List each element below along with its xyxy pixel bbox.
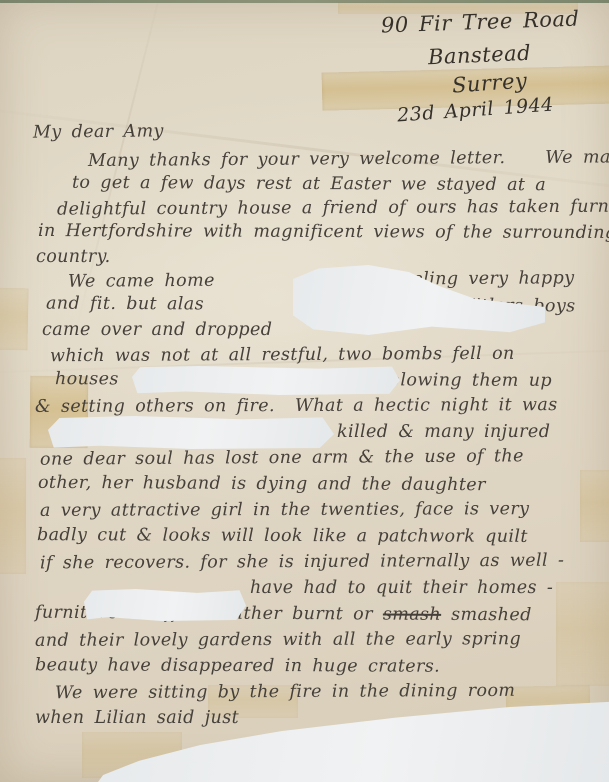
handwriting-text: houses — [55, 369, 119, 389]
letter-line: and their lovely gardens with all the ea… — [35, 629, 521, 651]
handwriting-text: beauty have disappeared in huge craters. — [35, 655, 440, 676]
handwriting-text: killed & many injured — [337, 422, 550, 442]
letter-line: badly cut & looks will look like a patch… — [37, 525, 528, 547]
handwriting-text: came over and dropped — [42, 320, 272, 340]
handwriting-text: in Hertfordshire with magnificent views … — [38, 221, 609, 243]
scanned-letter-page: 90 Fir Tree Road Banstead Surrey 23d Apr… — [0, 0, 609, 782]
handwriting-text: have had to quit their homes - — [250, 578, 553, 598]
handwriting-text: We were sitting by the fire in the dinin… — [55, 681, 516, 703]
letter-line: in Hertfordshire with magnificent views … — [38, 221, 609, 243]
handwriting-text: Many thanks for your very welcome letter… — [88, 147, 609, 171]
letter-line: came over and dropped — [42, 320, 272, 340]
handwriting-text: smashed — [441, 605, 532, 625]
censor-patch — [132, 366, 400, 395]
handwriting-text: one dear soul has lost one arm & the use… — [40, 446, 524, 469]
handwriting-text: We came home — [68, 271, 215, 292]
letter-line: & setting others on fire. What a hectic … — [35, 395, 558, 417]
handwriting-text: a very attractive girl in the twenties, … — [40, 499, 529, 521]
handwriting-text: if she recovers. for she is injured inte… — [40, 551, 564, 574]
letter-line: We were sitting by the fire in the dinin… — [55, 681, 516, 703]
handwriting-text: other, her husband is dying and the daug… — [38, 473, 486, 495]
handwriting-text: delightful country house a friend of our… — [57, 196, 609, 219]
handwriting-text: badly cut & looks will look like a patch… — [37, 525, 528, 547]
letter-line: when Lilian said just — [35, 708, 239, 728]
censor-patch — [48, 416, 334, 449]
handwriting-text: blowing them up — [389, 370, 552, 391]
letter-line: Many thanks for your very welcome letter… — [88, 147, 609, 171]
letter-line: to get a few days rest at Easter we stay… — [72, 173, 546, 195]
struck-through-word: smash — [383, 605, 441, 625]
letter-line: a very attractive girl in the twenties, … — [40, 499, 529, 521]
handwriting-text: & setting others on fire. What a hectic … — [35, 395, 558, 417]
letter-line: if she recovers. for she is injured inte… — [40, 551, 564, 574]
letter-line: My dear Amy — [33, 121, 164, 142]
letter-line: other, her husband is dying and the daug… — [38, 473, 486, 495]
handwriting-text: and their lovely gardens with all the ea… — [35, 629, 521, 651]
censor-patch — [84, 589, 246, 621]
letter-line: one dear soul has lost one arm & the use… — [40, 446, 524, 469]
handwriting-text: to get a few days rest at Easter we stay… — [72, 173, 546, 195]
letter-line: delightful country house a friend of our… — [57, 196, 609, 219]
handwriting-text: which was not at all restful, two bombs … — [50, 344, 515, 366]
handwriting-text: My dear Amy — [33, 121, 164, 142]
letter-line: country. — [36, 247, 111, 267]
handwriting-text: and fit. but alas — [46, 294, 204, 315]
handwriting-text: country. — [36, 247, 111, 267]
letter-line: which was not at all restful, two bombs … — [50, 344, 515, 366]
handwriting-text: when Lilian said just — [35, 708, 239, 728]
letter-line: beauty have disappeared in huge craters. — [35, 655, 440, 676]
